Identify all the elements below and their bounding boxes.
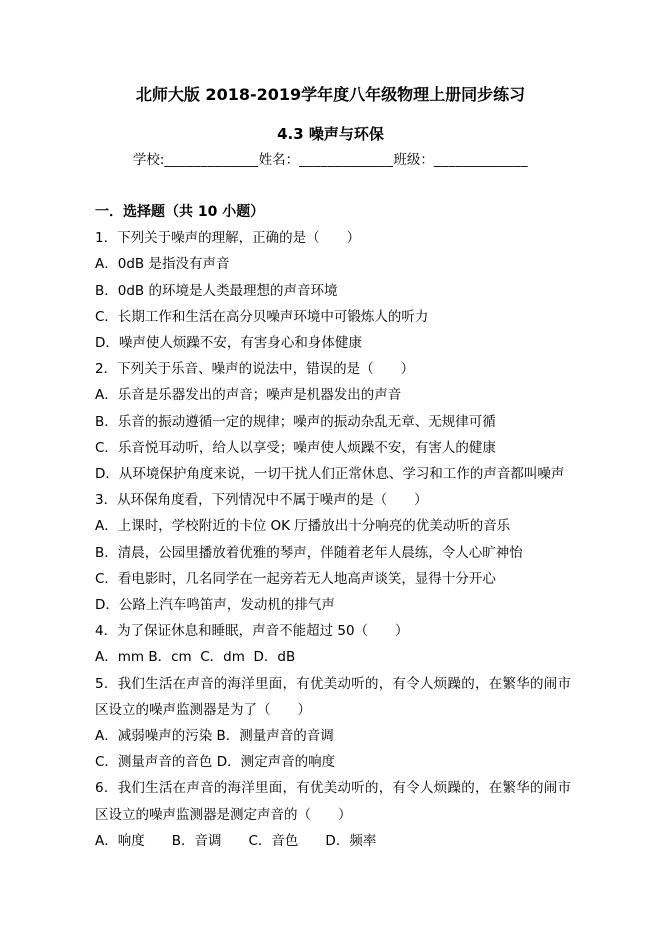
question-1-option-d: D．噪声使人烦躁不安，有害身心和身体健康 — [95, 330, 571, 356]
class-blank-field[interactable]: _____________ — [434, 152, 528, 168]
student-info-line: 学校:_____________姓名：_____________班级：_____… — [0, 149, 661, 172]
question-3-option-b: B．清晨，公园里播放着优雅的琴声，伴随着老年人晨练，令人心旷神怡 — [95, 540, 571, 566]
section-header: 一．选择题（共 10 小题） — [95, 199, 571, 225]
question-5-stem: 5．我们生活在声音的海洋里面，有优美动听的，有令人烦躁的，在繁华的闹市区设立的噪… — [95, 671, 571, 723]
questions-section: 一．选择题（共 10 小题） 1．下列关于噪声的理解，正确的是（ ） A．0dB… — [95, 199, 571, 854]
question-6-options: A．响度 B．音调 C．音色 D．频率 — [95, 828, 571, 854]
question-2-option-b: B．乐音的振动遵循一定的规律；噪声的振动杂乱无章、无规律可循 — [95, 409, 571, 435]
question-4: 4．为了保证休息和睡眠，声音不能超过 50（ ） A．mm B．cm C．dm … — [95, 618, 571, 670]
question-1-stem: 1．下列关于噪声的理解，正确的是（ ） — [95, 225, 571, 251]
name-label: 姓名： — [259, 152, 300, 168]
question-5: 5．我们生活在声音的海洋里面，有优美动听的，有令人烦躁的，在繁华的闹市区设立的噪… — [95, 671, 571, 776]
question-3-option-d: D．公路上汽车鸣笛声，发动机的排气声 — [95, 592, 571, 618]
name-blank-field[interactable]: _____________ — [299, 152, 393, 168]
question-5-options-ab: A．减弱噪声的污染 B．测量声音的音调 — [95, 723, 571, 749]
question-5-options-cd: C．测量声音的音色 D．测定声音的响度 — [95, 749, 571, 775]
question-4-stem: 4．为了保证休息和睡眠，声音不能超过 50（ ） — [95, 618, 571, 644]
worksheet-page: 北师大版 2018-2019学年度八年级物理上册同步练习 4.3 噪声与环保 学… — [0, 0, 661, 935]
question-3-option-c: C．看电影时，几名同学在一起旁若无人地高声谈笑，显得十分开心 — [95, 566, 571, 592]
question-3-stem: 3．从环保角度看，下列情况中不属于噪声的是（ ） — [95, 487, 571, 513]
page-title: 北师大版 2018-2019学年度八年级物理上册同步练习 — [0, 83, 661, 106]
question-2-option-d: D．从环境保护角度来说，一切干扰人们正常休息、学习和工作的声音都叫噪声 — [95, 461, 571, 487]
question-6: 6．我们生活在声音的海洋里面，有优美动听的，有令人烦躁的，在繁华的闹市区设立的噪… — [95, 775, 571, 854]
question-1-option-a: A．0dB 是指没有声音 — [95, 251, 571, 277]
question-2-stem: 2．下列关于乐音、噪声的说法中，错误的是（ ） — [95, 356, 571, 382]
question-2: 2．下列关于乐音、噪声的说法中，错误的是（ ） A．乐音是乐器发出的声音；噪声是… — [95, 356, 571, 487]
school-label: 学校: — [133, 152, 165, 168]
question-2-option-a: A．乐音是乐器发出的声音；噪声是机器发出的声音 — [95, 382, 571, 408]
question-3: 3．从环保角度看，下列情况中不属于噪声的是（ ） A．上课时，学校附近的卡位 O… — [95, 487, 571, 618]
school-blank-field[interactable]: _____________ — [164, 152, 258, 168]
question-1-option-b: B．0dB 的环境是人类最理想的声音环境 — [95, 278, 571, 304]
question-1: 1．下列关于噪声的理解，正确的是（ ） A．0dB 是指没有声音 B．0dB 的… — [95, 225, 571, 356]
question-6-stem: 6．我们生活在声音的海洋里面，有优美动听的，有令人烦躁的，在繁华的闹市区设立的噪… — [95, 775, 571, 827]
question-1-option-c: C．长期工作和生活在高分贝噪声环境中可锻炼人的听力 — [95, 304, 571, 330]
page-subtitle: 4.3 噪声与环保 — [0, 123, 661, 146]
question-3-option-a: A．上课时，学校附近的卡位 OK 厅播放出十分响亮的优美动听的音乐 — [95, 513, 571, 539]
class-label: 班级： — [393, 152, 434, 168]
question-2-option-c: C．乐音悦耳动听，给人以享受；噪声使人烦躁不安，有害人的健康 — [95, 435, 571, 461]
question-4-options: A．mm B．cm C．dm D．dB — [95, 644, 571, 670]
